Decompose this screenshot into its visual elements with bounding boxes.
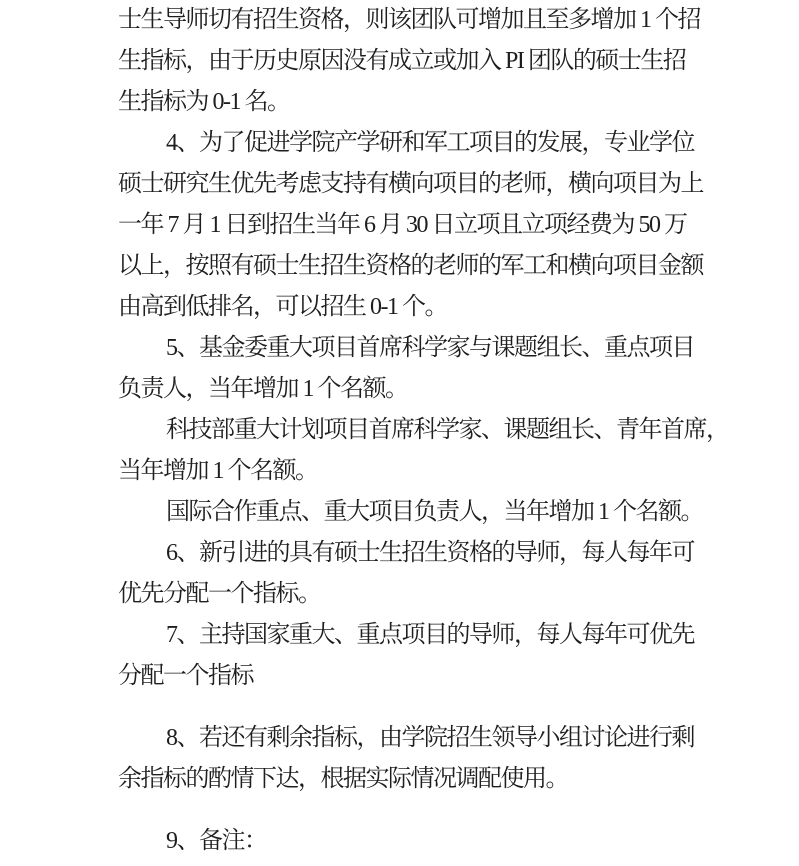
text-line: 8、若还有剩余指标，由学院招生领导小组讨论进行剩 xyxy=(118,718,698,759)
text-line: 由高到低排名，可以招生 0-1 个。 xyxy=(118,287,698,328)
text-line: 生指标为 0-1 名。 xyxy=(118,82,698,123)
text-line: 当年增加 1 个名额。 xyxy=(118,451,698,492)
text-line: 5、基金委重大项目首席科学家与课题组长、重点项目 xyxy=(118,328,698,369)
text-line: 生指标，由于历史原因没有成立或加入 PI 团队的硕士生招 xyxy=(118,41,698,82)
text-line: 6、新引进的具有硕士生招生资格的导师，每人每年可 xyxy=(118,533,698,574)
text-line: 余指标的酌情下达，根据实际情况调配使用。 xyxy=(118,759,698,800)
document-page: 士生导师切有招生资格，则该团队可增加且至多增加 1 个招生指标，由于历史原因没有… xyxy=(0,0,799,866)
text-line: 硕士研究生优先考虑支持有横向项目的老师，横向项目为上 xyxy=(118,164,698,205)
text-line: 7、主持国家重大、重点项目的导师，每人每年可优先 xyxy=(118,615,698,656)
text-line: 一年 7 月 1 日到招生当年 6 月 30 日立项且立项经费为 50 万 xyxy=(118,205,698,246)
text-line: 士生导师切有招生资格，则该团队可增加且至多增加 1 个招 xyxy=(118,0,698,41)
text-line: 科技部重大计划项目首席科学家、课题组长、青年首席， xyxy=(118,410,698,451)
document-body: 士生导师切有招生资格，则该团队可增加且至多增加 1 个招生指标，由于历史原因没有… xyxy=(118,0,698,862)
text-line: 以上，按照有硕士生招生资格的老师的军工和横向项目金额 xyxy=(118,246,698,287)
text-line: 负责人，当年增加 1 个名额。 xyxy=(118,369,698,410)
text-line: 4、为了促进学院产学研和军工项目的发展，专业学位 xyxy=(118,123,698,164)
text-line: 分配一个指标 xyxy=(118,656,698,697)
text-line: 优先分配一个指标。 xyxy=(118,574,698,615)
text-line: 国际合作重点、重大项目负责人，当年增加 1 个名额。 xyxy=(118,492,698,533)
text-line: 9、备注： xyxy=(118,821,698,862)
